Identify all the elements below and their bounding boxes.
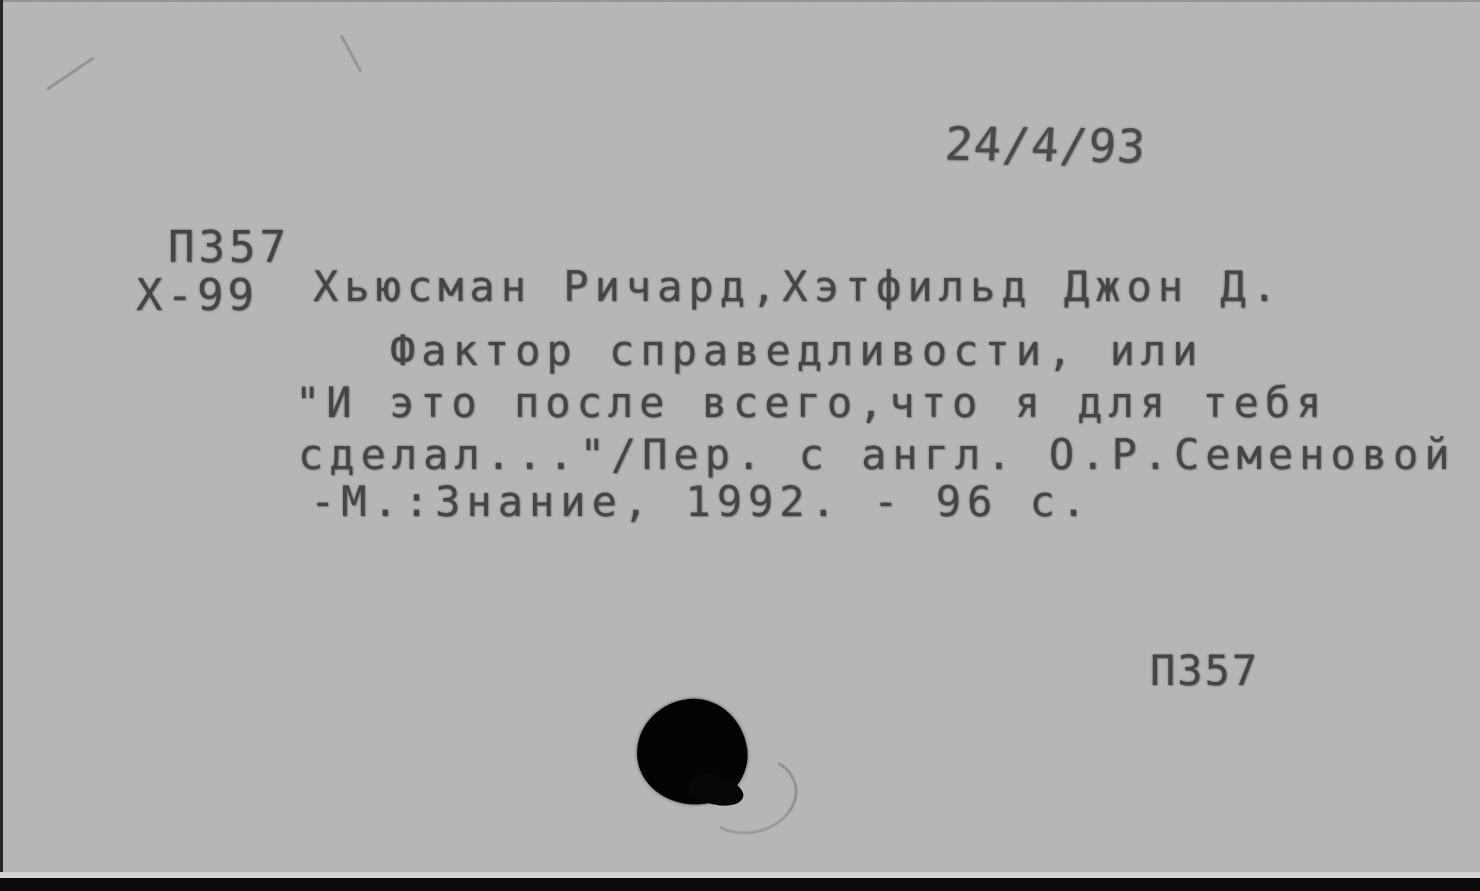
pencil-mark-upper xyxy=(340,34,362,72)
call-number-bottom: Х-99 xyxy=(136,274,258,318)
scan-edge-top xyxy=(0,0,1480,2)
scan-edge-left xyxy=(0,0,3,891)
footer-call-number: П357 xyxy=(1150,650,1259,692)
entry-line-title: Фактор справедливости, или xyxy=(390,330,1203,372)
catalog-card-scan: 24/4/93 П357 Х-99 Хьюсман Ричард,Хэтфиль… xyxy=(0,0,1480,891)
pencil-mark-top-left xyxy=(46,56,95,90)
entry-line-subtitle-2: сделал..."/Пер. с англ. О.Р.Семеновой xyxy=(298,434,1456,476)
date-stamp: 24/4/93 xyxy=(943,121,1147,170)
entry-line-subtitle-1: "И это после всего,что я для тебя xyxy=(295,382,1327,424)
call-number-top: П357 xyxy=(168,226,290,270)
scan-edge-bottom xyxy=(0,878,1480,891)
entry-line-author: Хьюсман Ричард,Хэтфильд Джон Д. xyxy=(313,266,1283,308)
entry-line-imprint: -М.:Знание, 1992. - 96 с. xyxy=(310,481,1092,523)
